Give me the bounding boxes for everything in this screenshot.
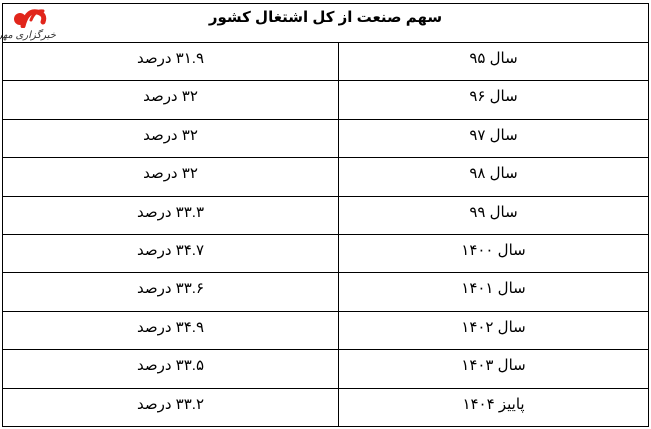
share-cell: ۳۴.۹ درصد (3, 312, 338, 349)
table-header: سهم صنعت از کل اشتغال کشور (3, 4, 648, 43)
table-body: سال ۹۵ ۳۱.۹ درصد سال ۹۶ ۳۲ درصد سال ۹۷ ۳… (3, 43, 648, 427)
share-cell: ۳۳.۳ درصد (3, 197, 338, 234)
table-row: پاییز ۱۴۰۴ ۳۳.۲ درصد (3, 389, 648, 427)
logo-wordmark: خبرگزاری مهر (8, 30, 56, 41)
year-cell: پاییز ۱۴۰۴ (338, 389, 648, 427)
share-cell: ۳۳.۶ درصد (3, 273, 338, 310)
year-cell: سال ۱۴۰۰ (338, 235, 648, 272)
mehr-news-logo: خبرگزاری مهر (8, 6, 54, 52)
mehr-logo-mark-icon (13, 6, 49, 28)
year-cell: سال ۱۴۰۳ (338, 350, 648, 387)
year-cell: سال ۱۴۰۲ (338, 312, 648, 349)
table-row: سال ۹۶ ۳۲ درصد (3, 81, 648, 119)
year-cell: سال ۹۸ (338, 158, 648, 195)
share-cell: ۳۲ درصد (3, 120, 338, 157)
share-cell: ۳۴.۷ درصد (3, 235, 338, 272)
table-row: سال ۱۴۰۳ ۳۳.۵ درصد (3, 350, 648, 388)
year-cell: سال ۹۶ (338, 81, 648, 118)
table-row: سال ۹۹ ۳۳.۳ درصد (3, 197, 648, 235)
year-cell: سال ۱۴۰۱ (338, 273, 648, 310)
table-row: سال ۱۴۰۲ ۳۴.۹ درصد (3, 312, 648, 350)
year-cell: سال ۹۵ (338, 43, 648, 80)
share-cell: ۳۲ درصد (3, 81, 338, 118)
table-row: سال ۱۴۰۱ ۳۳.۶ درصد (3, 273, 648, 311)
share-cell: ۳۳.۵ درصد (3, 350, 338, 387)
table-row: سال ۹۸ ۳۲ درصد (3, 158, 648, 196)
share-cell: ۳۲ درصد (3, 158, 338, 195)
employment-share-table: سهم صنعت از کل اشتغال کشور سال ۹۵ ۳۱.۹ د… (2, 3, 649, 427)
year-cell: سال ۹۹ (338, 197, 648, 234)
table-row: سال ۹۵ ۳۱.۹ درصد (3, 43, 648, 81)
table-title: سهم صنعت از کل اشتغال کشور (3, 8, 648, 26)
table-row: سال ۹۷ ۳۲ درصد (3, 120, 648, 158)
share-cell: ۳۳.۲ درصد (3, 389, 338, 427)
year-cell: سال ۹۷ (338, 120, 648, 157)
table-row: سال ۱۴۰۰ ۳۴.۷ درصد (3, 235, 648, 273)
